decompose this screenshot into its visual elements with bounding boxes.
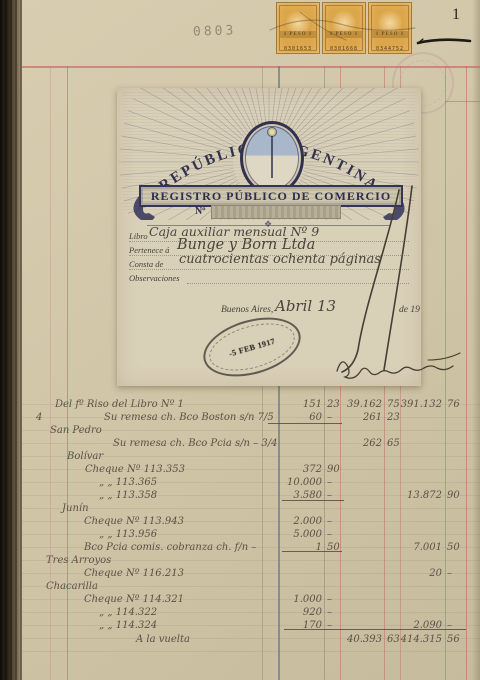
amount-col3-cents: 50 xyxy=(447,542,463,553)
ledger-desc: Tres Arroyos xyxy=(46,555,111,566)
amount-col1-cents: – xyxy=(327,477,339,488)
pertenece-value: Bunge y Born Ltda xyxy=(177,237,315,253)
pen-stroke xyxy=(418,39,470,43)
amount-col1-cents: – xyxy=(327,594,339,605)
amount-col1: 5.000 xyxy=(244,529,322,540)
amount-col1: 10.000 xyxy=(244,477,322,488)
stamp-denomination: 1 PESO 1 xyxy=(326,31,362,38)
ledger-row: Del fº Riso del Libro Nº 11512339.162753… xyxy=(0,399,480,412)
registry-title: REGISTRO PÚBLICO DE COMERCIO xyxy=(151,189,391,204)
amount-col1-cents: 90 xyxy=(327,464,339,475)
ledger-desc: Cheque Nº 113.353 xyxy=(85,464,185,475)
ledger-row: Su remesa ch. Bco Pcia s/n – 3/426265 xyxy=(0,438,480,451)
amount-col3: 414.315 xyxy=(360,634,442,645)
ledger-page-scan: 1 0803 1 PESO 1 0301653 1 PESO 1 0301668… xyxy=(0,0,480,680)
consta-value: cuatrocientas ochenta páginas xyxy=(179,252,381,267)
revenue-stamp-strip: 1 PESO 1 0301653 1 PESO 1 0301668 1 PESO… xyxy=(276,2,412,54)
ledger-row: San Pedro xyxy=(0,425,480,438)
ledger-row: Cheque Nº 113.35337290 xyxy=(0,464,480,477)
date-stamp: -5 FEB 1917 xyxy=(196,307,307,386)
registry-certificate: REPÚBLICA ARGENTINA REGISTRO PÚBLICO DE … xyxy=(117,88,421,386)
ledger-row: „ „ 114.322920– xyxy=(0,607,480,620)
amount-col1: 920 xyxy=(244,607,322,618)
amount-col3-cents: 90 xyxy=(447,490,463,501)
amount-col1-cents: 50 xyxy=(327,542,339,553)
ledger-row: „ „ 113.9565.000– xyxy=(0,529,480,542)
ledger-row: 4Su remesa ch. Bco Boston s/n 7/560–2612… xyxy=(0,412,480,425)
ledger-desc: A la vuelta xyxy=(136,634,190,645)
dotted-rule xyxy=(187,282,409,284)
amount-col1: 1 xyxy=(244,542,322,553)
coat-of-arms-icon xyxy=(240,121,304,195)
ledger-desc: Junín xyxy=(62,503,89,514)
amount-col3-cents: – xyxy=(447,620,463,631)
amount-col3: 13.872 xyxy=(360,490,442,501)
amount-col1: 372 xyxy=(244,464,322,475)
number-field xyxy=(211,205,341,219)
ledger-desc: San Pedro xyxy=(50,425,102,436)
amount-col1: 2.000 xyxy=(244,516,322,527)
city-label: Buenos Aires, xyxy=(221,305,273,315)
ledger-row: Chacarilla xyxy=(0,581,480,594)
ledger-desc: Cheque Nº 114.321 xyxy=(84,594,184,605)
amount-col2-cents: 65 xyxy=(387,438,399,449)
ledger-desc: „ „ 114.322 xyxy=(99,607,157,618)
stamp-denomination: 1 PESO 1 xyxy=(280,31,316,38)
stamp-serial: 0301668 xyxy=(330,46,358,52)
ledger-row: Bco Pcia comis. cobranza ch. f/n –1507.0… xyxy=(0,542,480,555)
date-stamp-text: -5 FEB 1917 xyxy=(228,336,276,358)
amount-col3-cents: – xyxy=(447,568,463,579)
ledger-row: Cheque Nº 114.3211.000– xyxy=(0,594,480,607)
ledger-desc: Bco Pcia comis. cobranza ch. f/n – xyxy=(84,542,256,553)
ledger-desc: „ „ 114.324 xyxy=(99,620,157,631)
ledger-row: „ „ 114.324170–2.090– xyxy=(0,620,480,633)
amount-col2-cents: 23 xyxy=(387,412,399,423)
registry-title-banner: REGISTRO PÚBLICO DE COMERCIO xyxy=(139,185,403,207)
ledger-row: Bolívar xyxy=(0,451,480,464)
amount-col1-cents: – xyxy=(327,620,339,631)
amount-col3: 2.090 xyxy=(360,620,442,631)
amount-col2: 262 xyxy=(302,438,382,449)
number-label: Nº xyxy=(195,206,206,217)
stamp-serial: 0344752 xyxy=(376,46,404,52)
revenue-stamp: 1 PESO 1 0301668 xyxy=(322,2,366,54)
ledger-desc: „ „ 113.365 xyxy=(99,477,157,488)
ledger-desc: Cheque Nº 116.213 xyxy=(84,568,184,579)
amount-col1-cents: – xyxy=(327,516,339,527)
dotted-rule xyxy=(129,268,409,270)
amount-col1-cents: – xyxy=(327,529,339,540)
ledger-desc: Su remesa ch. Bco Pcia s/n – 3/4 xyxy=(113,438,277,449)
stamp-serial: 0301653 xyxy=(284,46,312,52)
ledger-desc: Del fº Riso del Libro Nº 1 xyxy=(55,399,184,410)
amount-col3-cents: 56 xyxy=(447,634,463,645)
ledger-desc: Bolívar xyxy=(67,451,103,462)
year-label: de 19 xyxy=(399,305,420,315)
ledger-row: Cheque Nº 113.9432.000– xyxy=(0,516,480,529)
amount-col2: 261 xyxy=(302,412,382,423)
ledger-desc: Chacarilla xyxy=(46,581,98,592)
ledger-margin-day: 4 xyxy=(36,412,42,423)
amount-col3: 7.001 xyxy=(360,542,442,553)
date-value: Abril 13 xyxy=(275,297,336,315)
page-number: 1 xyxy=(452,6,460,24)
ledger-row: A la vuelta40.39363414.31556 xyxy=(0,634,480,647)
amount-col1: 3.580 xyxy=(244,490,322,501)
stamp-denomination: 1 PESO 1 xyxy=(372,31,408,38)
amount-col3: 20 xyxy=(360,568,442,579)
ledger-row: Tres Arroyos xyxy=(0,555,480,568)
ledger-desc: „ „ 113.956 xyxy=(99,529,157,540)
rule-horizontal-corner xyxy=(445,101,480,102)
ledger-row: Cheque Nº 116.21320– xyxy=(0,568,480,581)
amount-col1: 170 xyxy=(244,620,322,631)
amount-col1: 1.000 xyxy=(244,594,322,605)
ledger-desc: „ „ 113.358 xyxy=(99,490,157,501)
amount-col3-cents: 76 xyxy=(447,399,463,410)
ledger-desc: Cheque Nº 113.943 xyxy=(84,516,184,527)
observaciones-label: Observaciones xyxy=(129,273,180,283)
amount-col1-cents: – xyxy=(327,607,339,618)
amount-col3: 391.132 xyxy=(360,399,442,410)
amount-col1-cents: – xyxy=(327,490,339,501)
ledger-row: „ „ 113.3583.580–13.87290 xyxy=(0,490,480,503)
revenue-stamp: 1 PESO 1 0344752 xyxy=(368,2,412,54)
ledger-row: Junín xyxy=(0,503,480,516)
stamped-folio-number: 0803 xyxy=(193,23,237,40)
ledger-row: „ „ 113.36510.000– xyxy=(0,477,480,490)
revenue-stamp: 1 PESO 1 0301653 xyxy=(276,2,320,54)
